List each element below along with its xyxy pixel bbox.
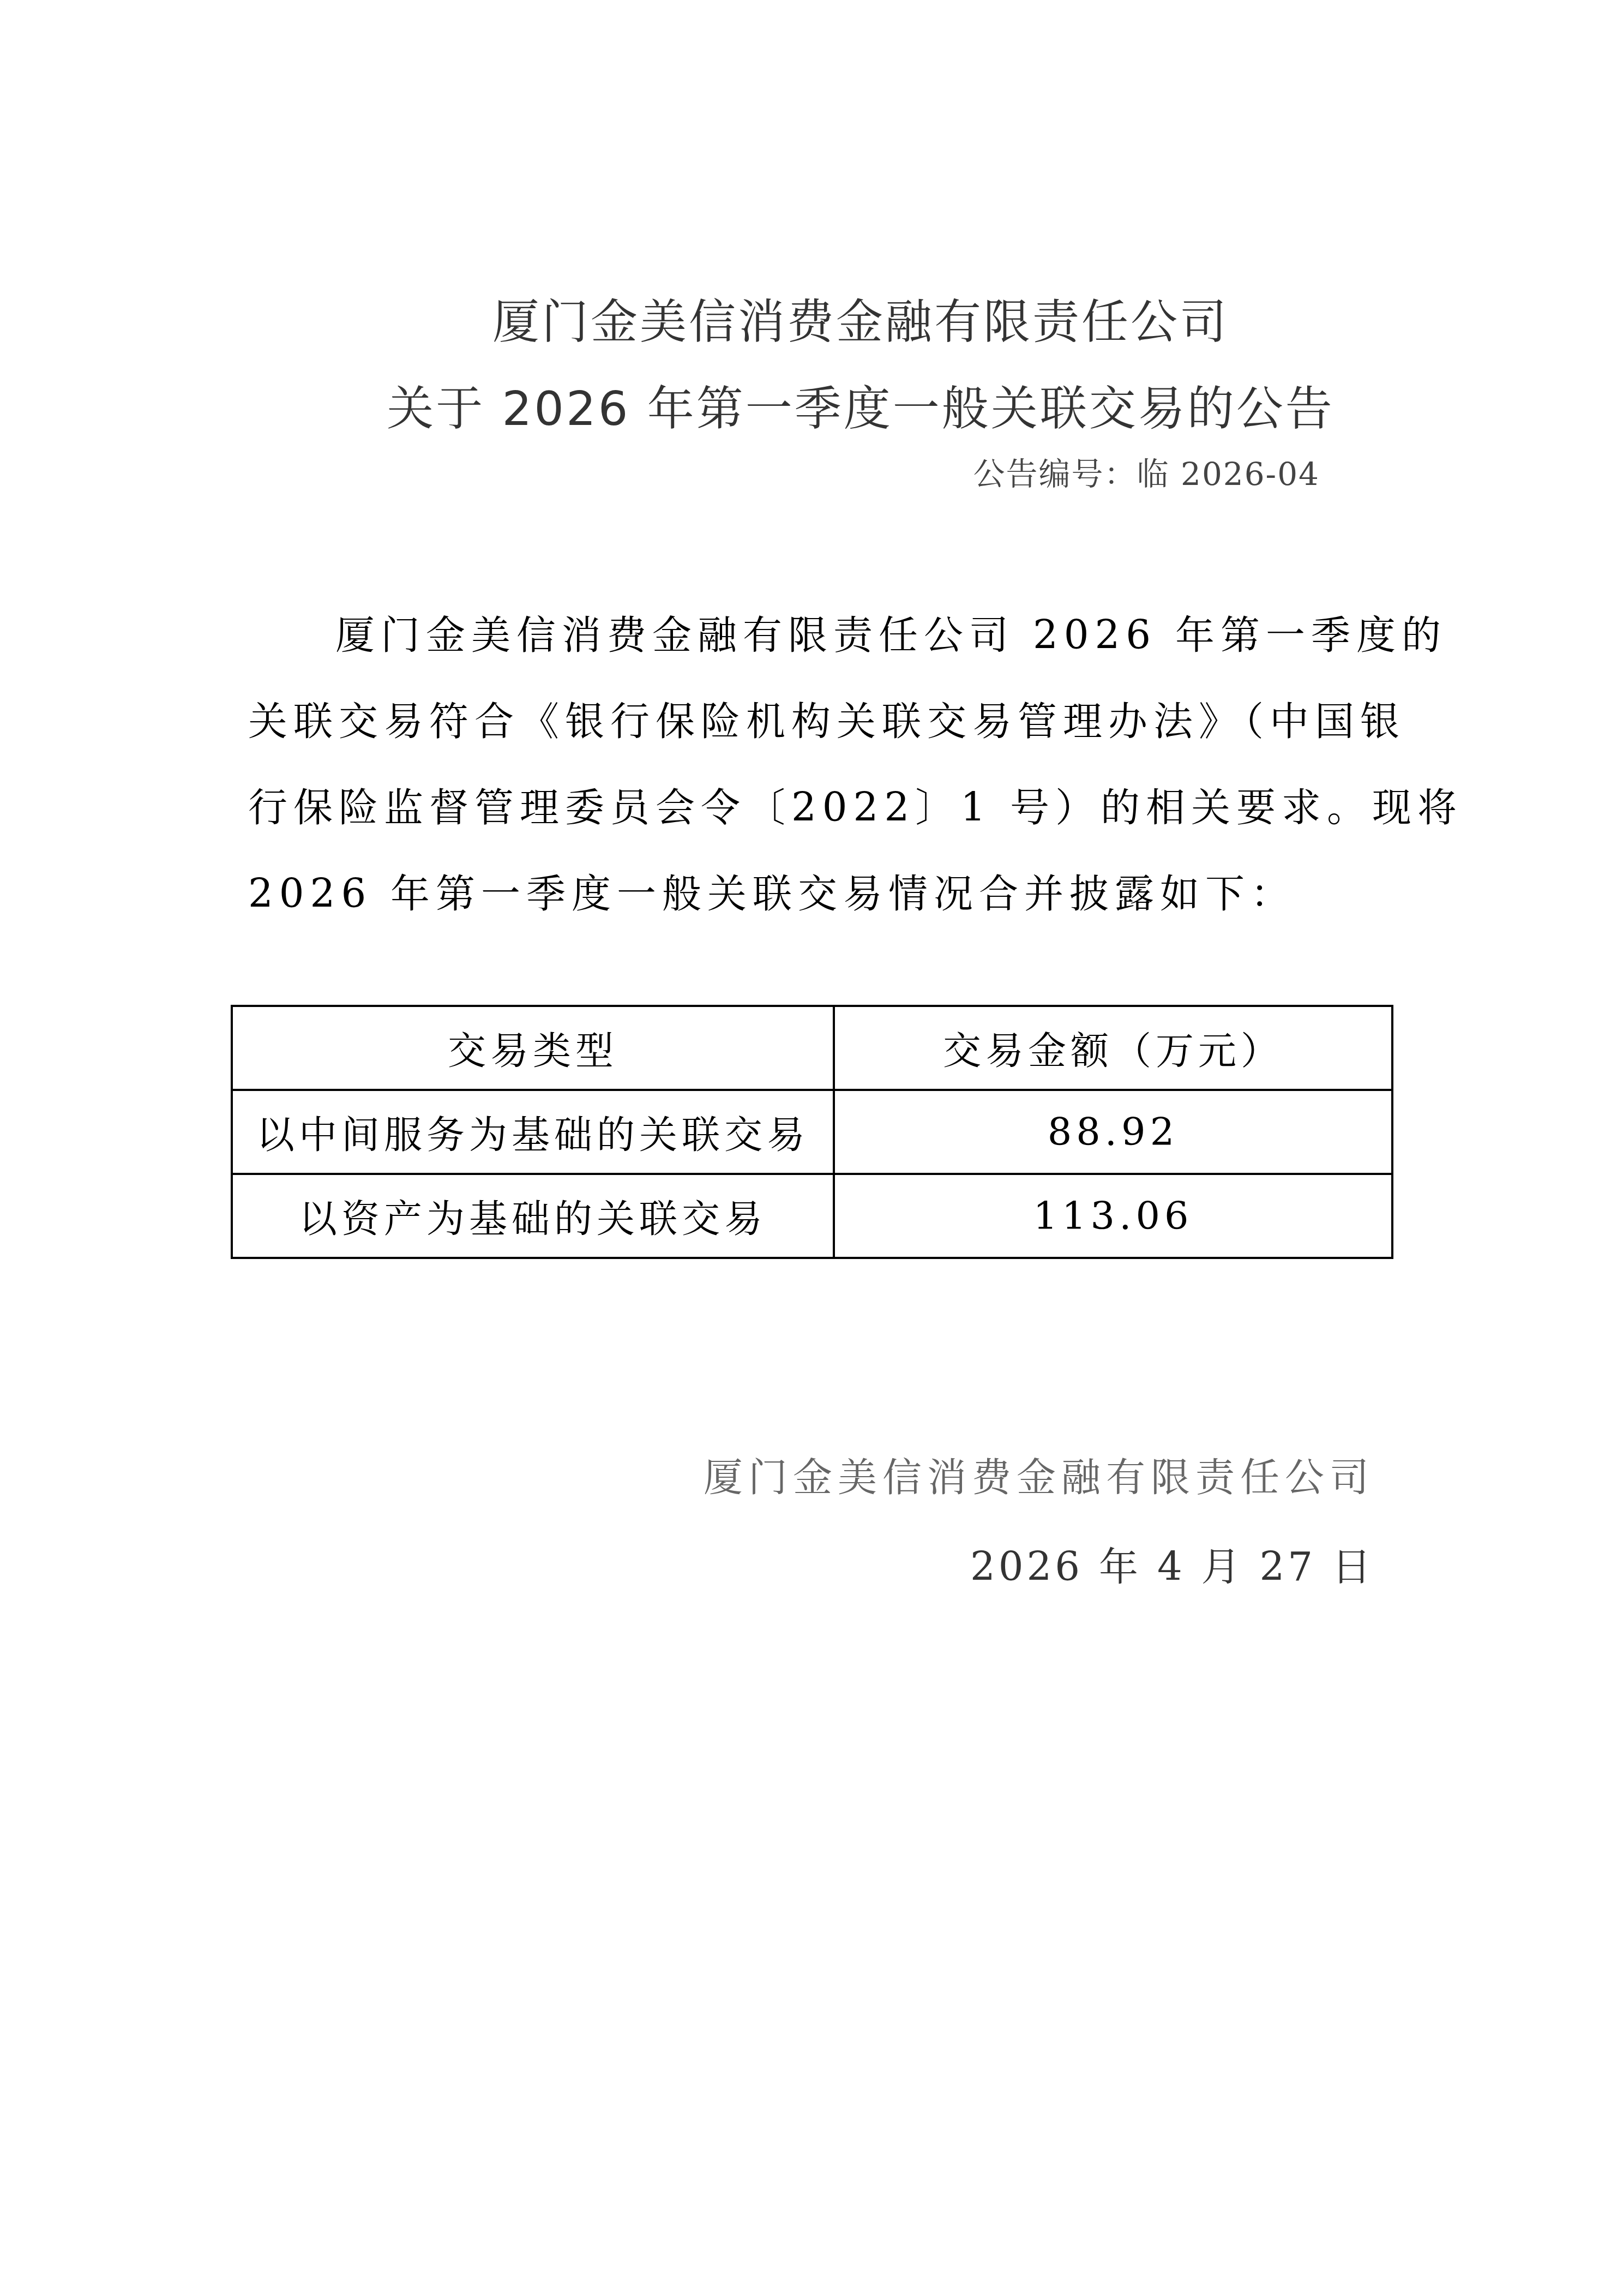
body-paragraph: 厦门金美信消费金融有限责任公司 2026 年第一季度的 关联交易符合《银行保险机… xyxy=(248,592,1377,937)
header-transaction-amount: 交易金额（万元） xyxy=(834,1006,1392,1090)
header-transaction-type: 交易类型 xyxy=(232,1006,834,1090)
table-row: 以资产为基础的关联交易 113.06 xyxy=(232,1174,1392,1258)
notice-number: 公告编号：临 2026-04 xyxy=(973,458,1320,490)
body-line: 2026 年第一季度一般关联交易情况合并披露如下： xyxy=(248,850,1377,937)
body-line: 行保险监督管理委员会令〔2022〕1 号）的相关要求。现将 xyxy=(248,764,1377,850)
document-page: 厦门金美信消费金融有限责任公司 关于 2026 年第一季度一般关联交易的公告 公… xyxy=(0,0,1623,2296)
cell-transaction-amount: 88.92 xyxy=(834,1090,1392,1174)
table-header-row: 交易类型 交易金额（万元） xyxy=(232,1006,1392,1090)
page-title-company: 厦门金美信消费金融有限责任公司 xyxy=(0,299,1623,346)
body-line: 厦门金美信消费金融有限责任公司 2026 年第一季度的 xyxy=(248,592,1377,678)
body-line: 关联交易符合《银行保险机构关联交易管理办法》（中国银 xyxy=(248,678,1377,764)
related-transactions-table: 交易类型 交易金额（万元） 以中间服务为基础的关联交易 88.92 以资产为基础… xyxy=(231,1005,1393,1259)
table-row: 以中间服务为基础的关联交易 88.92 xyxy=(232,1090,1392,1174)
page-title-subject: 关于 2026 年第一季度一般关联交易的公告 xyxy=(0,386,1623,433)
cell-transaction-type: 以资产为基础的关联交易 xyxy=(232,1174,834,1258)
signature-company: 厦门金美信消费金融有限责任公司 xyxy=(704,1458,1374,1497)
cell-transaction-type: 以中间服务为基础的关联交易 xyxy=(232,1090,834,1174)
signature-date: 2026 年 4 月 27 日 xyxy=(970,1547,1374,1586)
cell-transaction-amount: 113.06 xyxy=(834,1174,1392,1258)
